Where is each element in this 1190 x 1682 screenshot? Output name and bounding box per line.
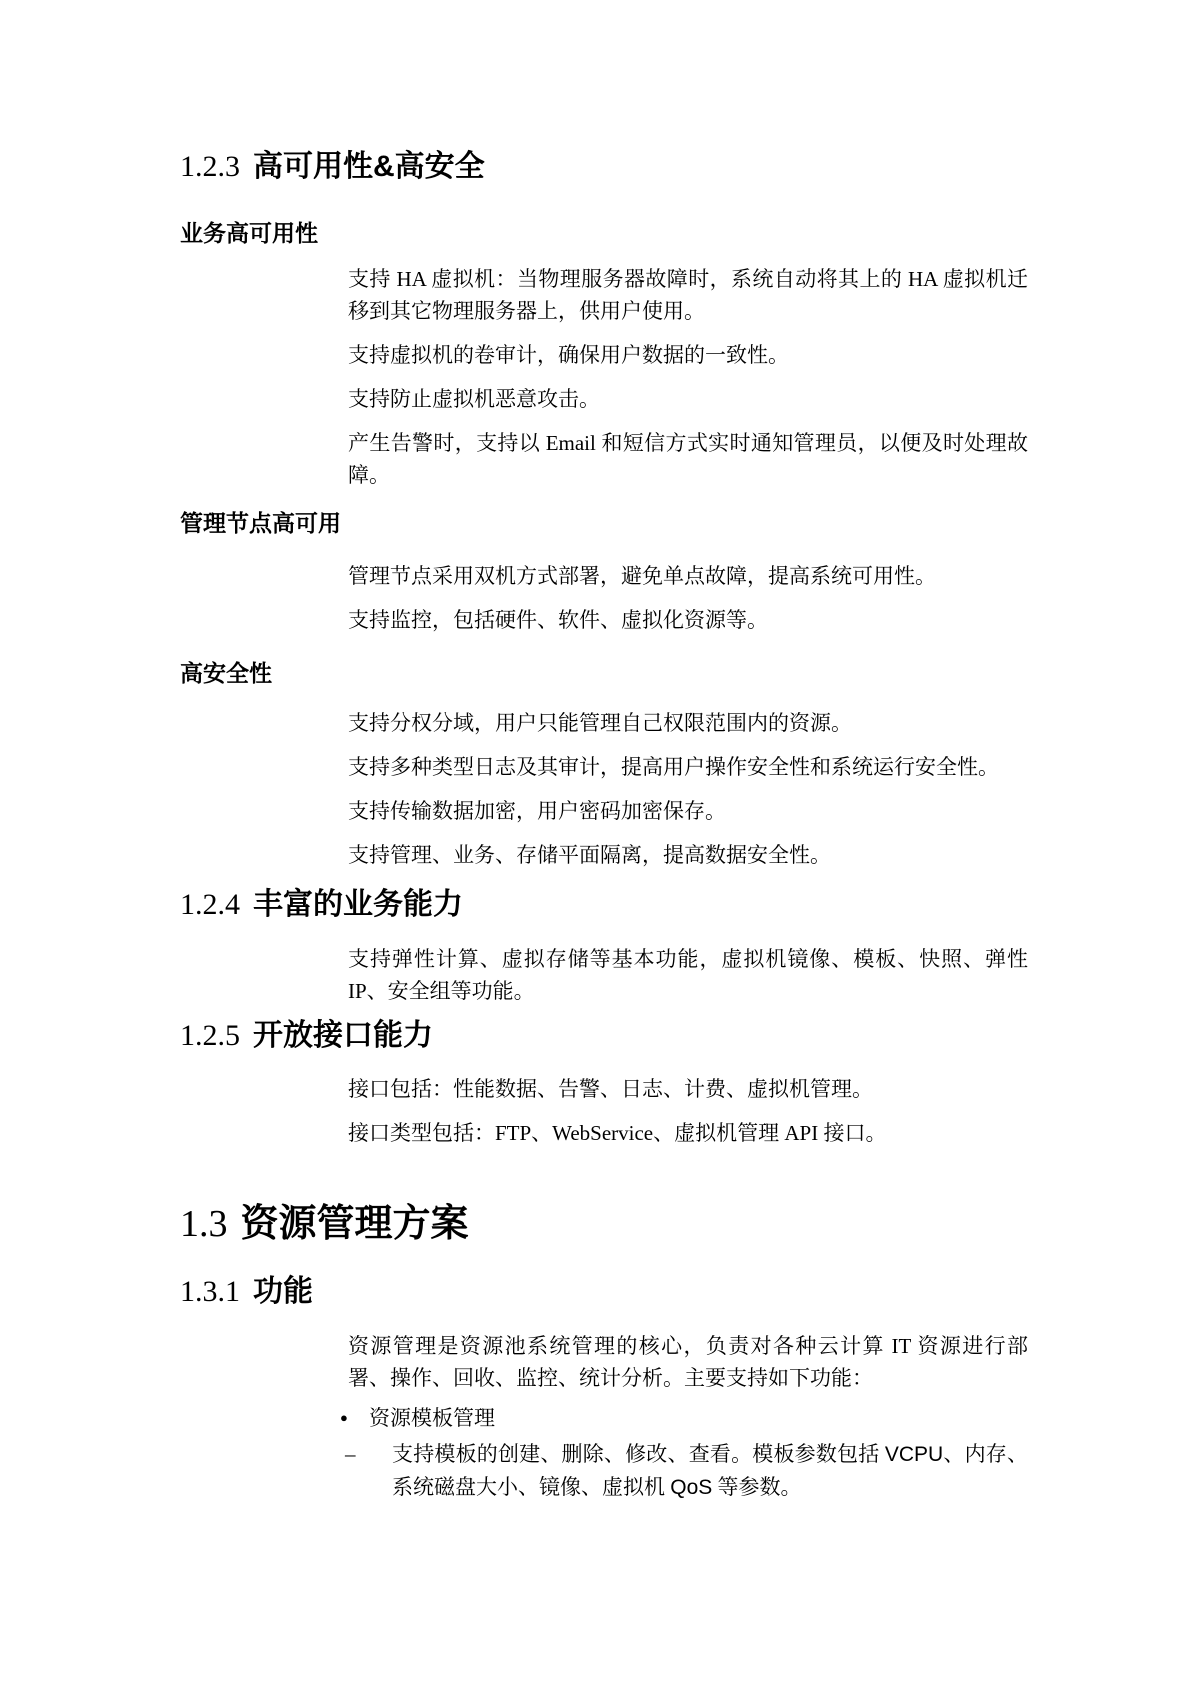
- paragraph: 支持传输数据加密，用户密码加密保存。: [348, 795, 1028, 827]
- paragraph: 支持分权分域，用户只能管理自己权限范围内的资源。: [348, 707, 1028, 739]
- paragraph: 接口类型包括：FTP、WebService、虚拟机管理 API 接口。: [348, 1117, 1028, 1149]
- subheading-business-availability: 业务高可用性: [180, 220, 1030, 246]
- paragraph: 管理节点采用双机方式部署，避免单点故障，提高系统可用性。: [348, 560, 1028, 592]
- heading-1-3-1-number: 1.3.1: [180, 1275, 240, 1308]
- page-content: 1.2.3高可用性&高安全 业务高可用性 支持 HA 虚拟机：当物理服务器故障时…: [0, 0, 1190, 1504]
- document-page: 1.2.3高可用性&高安全 业务高可用性 支持 HA 虚拟机：当物理服务器故障时…: [0, 0, 1190, 1682]
- list-item-dash: – 支持模板的创建、删除、修改、查看。模板参数包括 VCPU、内存、系统磁盘大小…: [343, 1438, 1028, 1504]
- paragraph: 支持 HA 虚拟机：当物理服务器故障时，系统自动将其上的 HA 虚拟机迁移到其它…: [348, 263, 1028, 327]
- dash-text-segment-qos: QoS: [670, 1476, 712, 1499]
- heading-1-2-4-number: 1.2.4: [180, 888, 240, 921]
- heading-1-2-3: 1.2.3高可用性&高安全: [180, 150, 1030, 184]
- paragraph: 支持多种类型日志及其审计，提高用户操作安全性和系统运行安全性。: [348, 751, 1028, 783]
- paragraph: 接口包括：性能数据、告警、日志、计费、虚拟机管理。: [348, 1073, 1028, 1105]
- dash-text-segment: 支持模板的创建、删除、修改、查看。模板参数包括: [392, 1442, 885, 1466]
- list-item-bullet: ● 资源模板管理: [340, 1402, 1028, 1434]
- heading-1-2-5-title: 开放接口能力: [253, 1019, 433, 1052]
- list-item-text: 支持模板的创建、删除、修改、查看。模板参数包括 VCPU、内存、系统磁盘大小、镜…: [392, 1438, 1028, 1504]
- heading-1-3-1: 1.3.1功能: [180, 1275, 1030, 1309]
- heading-1-3: 1.3资源管理方案: [180, 1203, 1030, 1245]
- heading-1-2-5: 1.2.5开放接口能力: [180, 1019, 1030, 1053]
- subheading-mgmt-node-availability: 管理节点高可用: [180, 510, 1030, 536]
- heading-1-3-1-title: 功能: [253, 1275, 313, 1308]
- heading-1-2-3-number: 1.2.3: [180, 150, 240, 183]
- dash-text-segment-vcpu: VCPU: [885, 1443, 943, 1466]
- heading-1-2-5-number: 1.2.5: [180, 1019, 240, 1052]
- paragraph: 支持防止虚拟机恶意攻击。: [348, 383, 1028, 415]
- paragraph: 资源管理是资源池系统管理的核心，负责对各种云计算 IT 资源进行部署、操作、回收…: [348, 1330, 1028, 1394]
- paragraph: 支持监控，包括硬件、软件、虚拟化资源等。: [348, 604, 1028, 636]
- dash-text-segment: 等参数。: [712, 1475, 801, 1499]
- heading-1-2-4-title: 丰富的业务能力: [253, 888, 463, 921]
- list-item-label: 资源模板管理: [369, 1402, 1028, 1434]
- subheading-high-security: 高安全性: [180, 660, 1030, 686]
- paragraph: 支持弹性计算、虚拟存储等基本功能，虚拟机镜像、模板、快照、弹性 IP、安全组等功…: [348, 943, 1028, 1007]
- heading-1-3-title: 资源管理方案: [241, 1203, 469, 1245]
- heading-1-2-4: 1.2.4丰富的业务能力: [180, 888, 1030, 922]
- bullet-marker: ●: [340, 1402, 369, 1434]
- heading-1-2-3-title: 高可用性&高安全: [253, 150, 485, 183]
- heading-1-3-number: 1.3: [180, 1203, 228, 1245]
- dash-marker: –: [343, 1438, 392, 1504]
- paragraph: 支持虚拟机的卷审计，确保用户数据的一致性。: [348, 339, 1028, 371]
- paragraph: 产生告警时，支持以 Email 和短信方式实时通知管理员，以便及时处理故障。: [348, 427, 1028, 491]
- paragraph: 支持管理、业务、存储平面隔离，提高数据安全性。: [348, 839, 1028, 871]
